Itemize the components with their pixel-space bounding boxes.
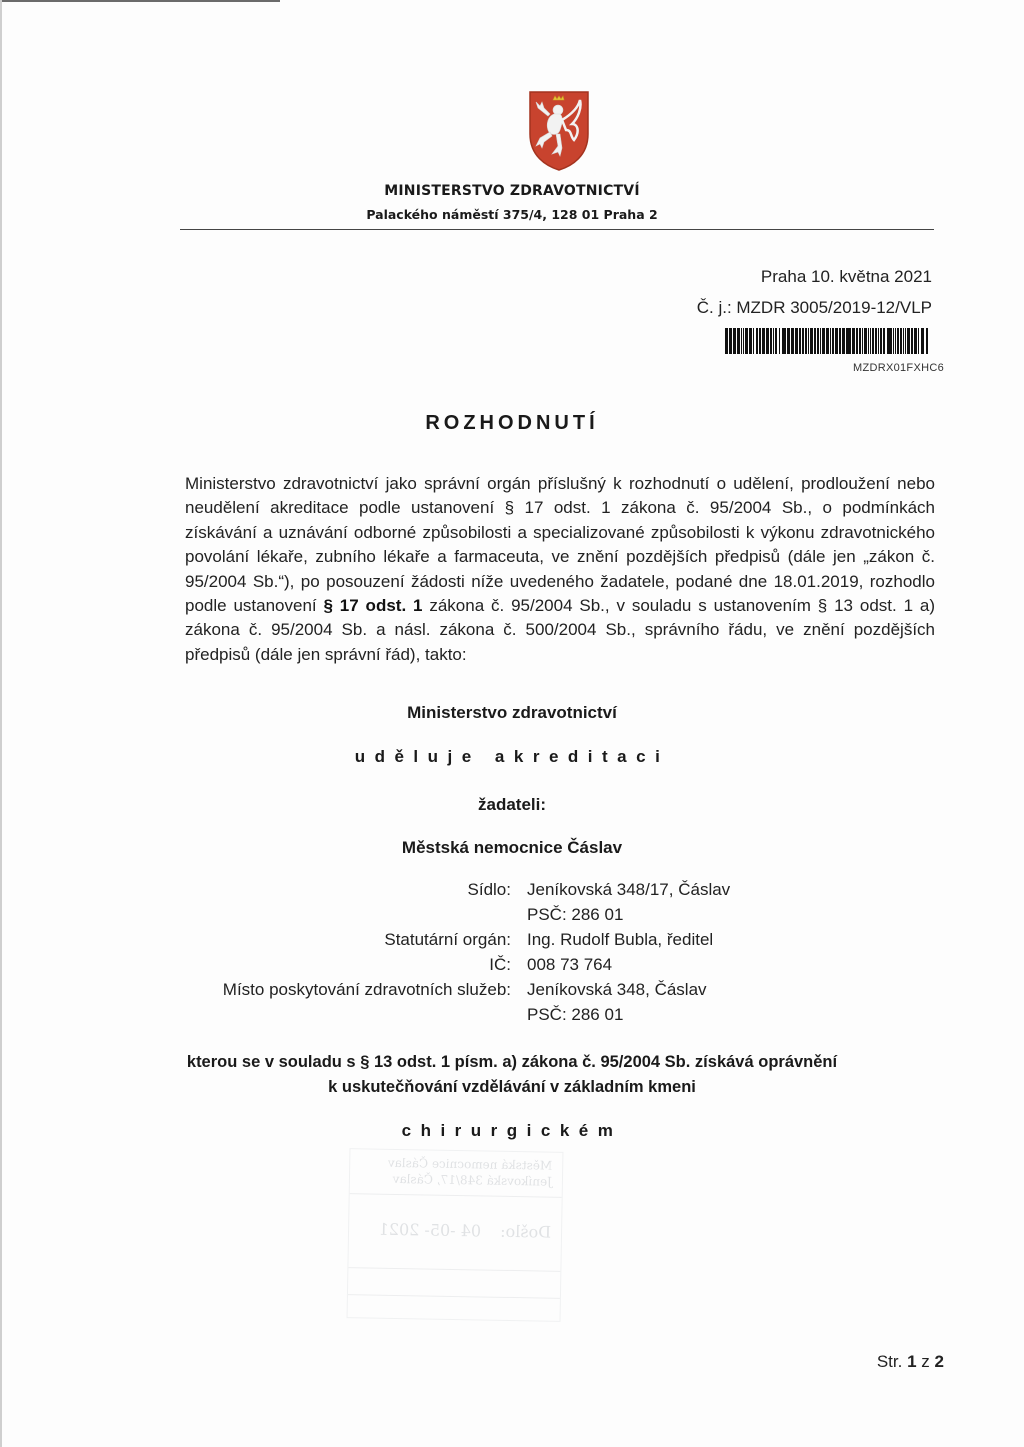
stamp-line-1: Městská nemocnice Čáslav xyxy=(388,1156,553,1173)
stamp-divider xyxy=(348,1267,560,1272)
detail-label: Místo poskytování zdravotních služeb: xyxy=(223,980,511,1000)
detail-row: PSČ: 286 01 xyxy=(0,905,1024,930)
detail-value: Jeníkovská 348/17, Čáslav xyxy=(527,880,730,900)
applicant-name: Městská nemocnice Čáslav xyxy=(0,838,1024,858)
detail-row: Statutární orgán: Ing. Rudolf Bubla, řed… xyxy=(0,930,1024,955)
header-divider xyxy=(180,229,934,230)
detail-row: Sídlo: Jeníkovská 348/17, Čáslav xyxy=(0,880,1024,905)
document-date: Praha 10. května 2021 xyxy=(761,267,932,287)
preamble-bold-section: § 17 odst. 1 xyxy=(323,596,422,615)
detail-value: 008 73 764 xyxy=(527,955,612,975)
received-stamp-bleedthrough: Městská nemocnice Čáslav Jeníkovská 348/… xyxy=(347,1148,564,1322)
preamble-text: Ministerstvo zdravotnictví jako správní … xyxy=(185,474,935,615)
detail-row: PSČ: 286 01 xyxy=(0,1005,1024,1030)
detail-value: PSČ: 286 01 xyxy=(527,905,623,925)
decision-grants: uděluje akreditaci xyxy=(0,747,1024,767)
detail-row: IČ: 008 73 764 xyxy=(0,955,1024,980)
ministry-address: Palackého náměstí 375/4, 128 01 Praha 2 xyxy=(0,207,1024,222)
page-current: 1 xyxy=(907,1352,916,1371)
page-prefix: Str. xyxy=(877,1352,903,1371)
grant-line-2: k uskutečňování vzdělávání v základním k… xyxy=(0,1075,1024,1100)
stamp-divider xyxy=(350,1193,562,1198)
document-title: ROZHODNUTÍ xyxy=(0,412,1024,435)
decision-authority: Ministerstvo zdravotnictví xyxy=(0,703,1024,723)
barcode-id: MZDRX01FXHC6 xyxy=(853,362,944,374)
grant-statement: kterou se v souladu s § 13 odst. 1 písm.… xyxy=(0,1050,1024,1100)
scan-edge-top xyxy=(0,0,280,2)
detail-label: Statutární orgán: xyxy=(384,930,511,950)
detail-value: Jeníkovská 348, Čáslav xyxy=(527,980,707,1000)
reference-number: Č. j.: MZDR 3005/2019-12/VLP xyxy=(697,298,932,318)
stamp-received-date: 04 -05- 2021 xyxy=(379,1220,482,1241)
detail-label: Sídlo: xyxy=(468,880,511,900)
decision-preamble: Ministerstvo zdravotnictví jako správní … xyxy=(185,472,935,667)
ministry-name: MINISTERSTVO ZDRAVOTNICTVÍ xyxy=(0,183,1024,199)
training-field: chirurgickém xyxy=(0,1121,1024,1141)
applicant-label: žadateli: xyxy=(0,795,1024,815)
page-number: Str. 1 z 2 xyxy=(877,1352,944,1372)
stamp-divider xyxy=(348,1294,560,1299)
barcode xyxy=(725,328,933,354)
detail-value: PSČ: 286 01 xyxy=(527,1005,623,1025)
detail-row: Místo poskytování zdravotních služeb: Je… xyxy=(0,980,1024,1005)
detail-label: IČ: xyxy=(489,955,511,975)
detail-value: Ing. Rudolf Bubla, ředitel xyxy=(527,930,713,950)
grant-line-1: kterou se v souladu s § 13 odst. 1 písm.… xyxy=(0,1050,1024,1075)
coat-of-arms-icon xyxy=(528,90,590,172)
stamp-line-2: Jeníkovská 348/17, Čáslav xyxy=(393,1172,552,1189)
stamp-received-label: Došlo: xyxy=(500,1222,551,1242)
page-total: 2 xyxy=(935,1352,944,1371)
page-separator: z xyxy=(921,1352,930,1371)
